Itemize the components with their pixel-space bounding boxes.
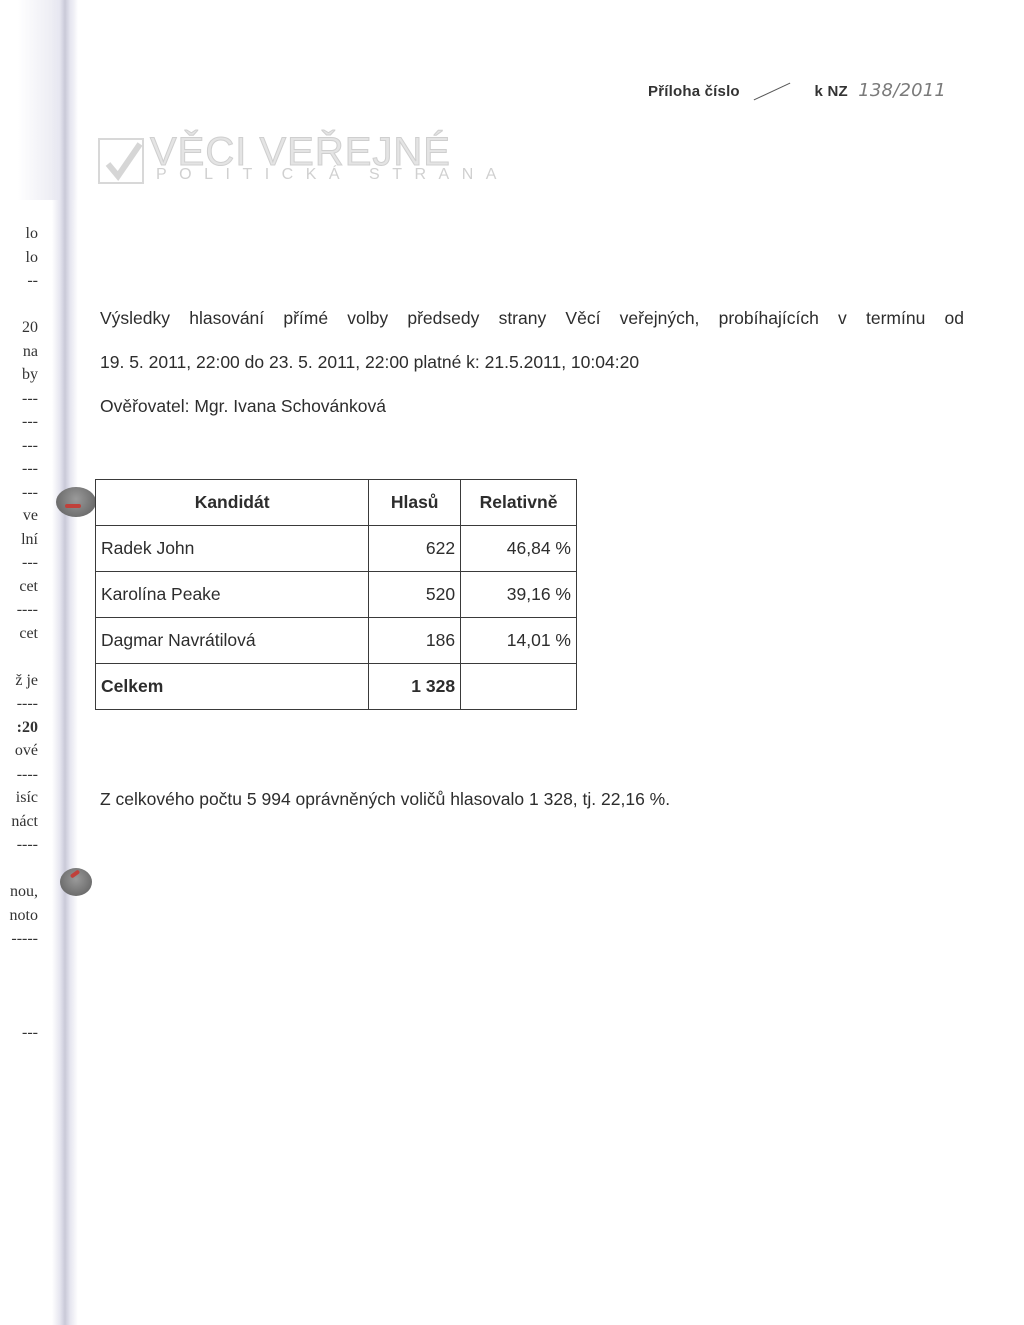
margin-bleed-line: lní <box>0 528 38 552</box>
binding-shadow <box>52 0 78 1325</box>
annex-label: Příloha číslo <box>648 83 740 100</box>
margin-bleed-line: --- <box>0 551 38 575</box>
margin-bleed-line: ž je <box>0 669 38 693</box>
margin-bleed-line: --- <box>0 457 38 481</box>
binder-ring-icon <box>60 868 92 896</box>
total-relative <box>461 664 577 710</box>
column-header-votes: Hlasů <box>369 480 461 526</box>
candidate-votes: 622 <box>369 526 461 572</box>
candidate-relative: 14,01 % <box>461 618 577 664</box>
margin-bleed-line <box>0 974 38 998</box>
margin-bleed-line: :20 <box>0 716 38 740</box>
candidate-votes: 520 <box>369 572 461 618</box>
checkbox-checkmark-icon <box>98 138 144 184</box>
notary-ref-label: k NZ <box>815 83 848 100</box>
margin-bleed-line: noto <box>0 904 38 928</box>
intro-line-2: 19. 5. 2011, 22:00 do 23. 5. 2011, 22:00… <box>100 352 964 373</box>
binder-ring-icon <box>56 487 96 517</box>
margin-bleed-line: ----- <box>0 927 38 951</box>
margin-bleed-line: ---- <box>0 598 38 622</box>
table-total-row: Celkem 1 328 <box>96 664 577 710</box>
margin-bleed-line: --- <box>0 410 38 434</box>
results-table: Kandidát Hlasů Relativně Radek John 622 … <box>95 479 577 710</box>
candidate-relative: 39,16 % <box>461 572 577 618</box>
margin-bleed-line: --- <box>0 434 38 458</box>
margin-bleed-line: nou, <box>0 880 38 904</box>
margin-bleed-line <box>0 645 38 669</box>
margin-bleed-line <box>0 293 38 317</box>
candidate-name: Dagmar Navrátilová <box>96 618 369 664</box>
candidate-votes: 186 <box>369 618 461 664</box>
margin-bleed-line: ové <box>0 739 38 763</box>
candidate-relative: 46,84 % <box>461 526 577 572</box>
margin-bleed-line <box>0 951 38 975</box>
margin-bleed-line: --- <box>0 481 38 505</box>
turnout-summary: Z celkového počtu 5 994 oprávněných voli… <box>100 789 670 810</box>
annex-header: Příloha číslo k NZ 138/2011 <box>648 80 946 101</box>
table-row: Radek John 622 46,84 % <box>96 526 577 572</box>
margin-bleed-line: -- <box>0 269 38 293</box>
margin-bleed-line: --- <box>0 1021 38 1045</box>
margin-bleed-line: cet <box>0 622 38 646</box>
table-row: Karolína Peake 520 39,16 % <box>96 572 577 618</box>
margin-bleed-line: isíc <box>0 786 38 810</box>
margin-bleed-line: ---- <box>0 692 38 716</box>
candidate-name: Radek John <box>96 526 369 572</box>
margin-bleed-line <box>0 998 38 1022</box>
margin-bleed-line: --- <box>0 387 38 411</box>
margin-bleed-line: 20 <box>0 316 38 340</box>
intro-line-1: Výsledky hlasování přímé volby předsedy … <box>100 308 964 330</box>
margin-bleed-line: náct <box>0 810 38 834</box>
candidate-name: Karolína Peake <box>96 572 369 618</box>
margin-bleed-line: lo <box>0 222 38 246</box>
table-header-row: Kandidát Hlasů Relativně <box>96 480 577 526</box>
table-row: Dagmar Navrátilová 186 14,01 % <box>96 618 577 664</box>
margin-bleed-through-text: lolo-- 20naby---------------velní---cet-… <box>0 222 38 1045</box>
column-header-relative: Relativně <box>461 480 577 526</box>
margin-bleed-line: ---- <box>0 833 38 857</box>
column-header-candidate: Kandidát <box>96 480 369 526</box>
margin-bleed-line: lo <box>0 246 38 270</box>
margin-bleed-line: ---- <box>0 763 38 787</box>
logo-subtitle: POLITICKÁ STRANA <box>156 166 509 184</box>
margin-bleed-line: cet <box>0 575 38 599</box>
total-label: Celkem <box>96 664 369 710</box>
margin-bleed-line: by <box>0 363 38 387</box>
notary-ref-value: 138/2011 <box>858 80 946 101</box>
annex-number-stroke <box>754 82 791 100</box>
margin-bleed-line <box>0 857 38 881</box>
intro-paragraph: Výsledky hlasování přímé volby předsedy … <box>100 308 964 417</box>
verifier-line: Ověřovatel: Mgr. Ivana Schovánková <box>100 396 964 417</box>
margin-bleed-line: na <box>0 340 38 364</box>
margin-bleed-line: ve <box>0 504 38 528</box>
total-votes: 1 328 <box>369 664 461 710</box>
